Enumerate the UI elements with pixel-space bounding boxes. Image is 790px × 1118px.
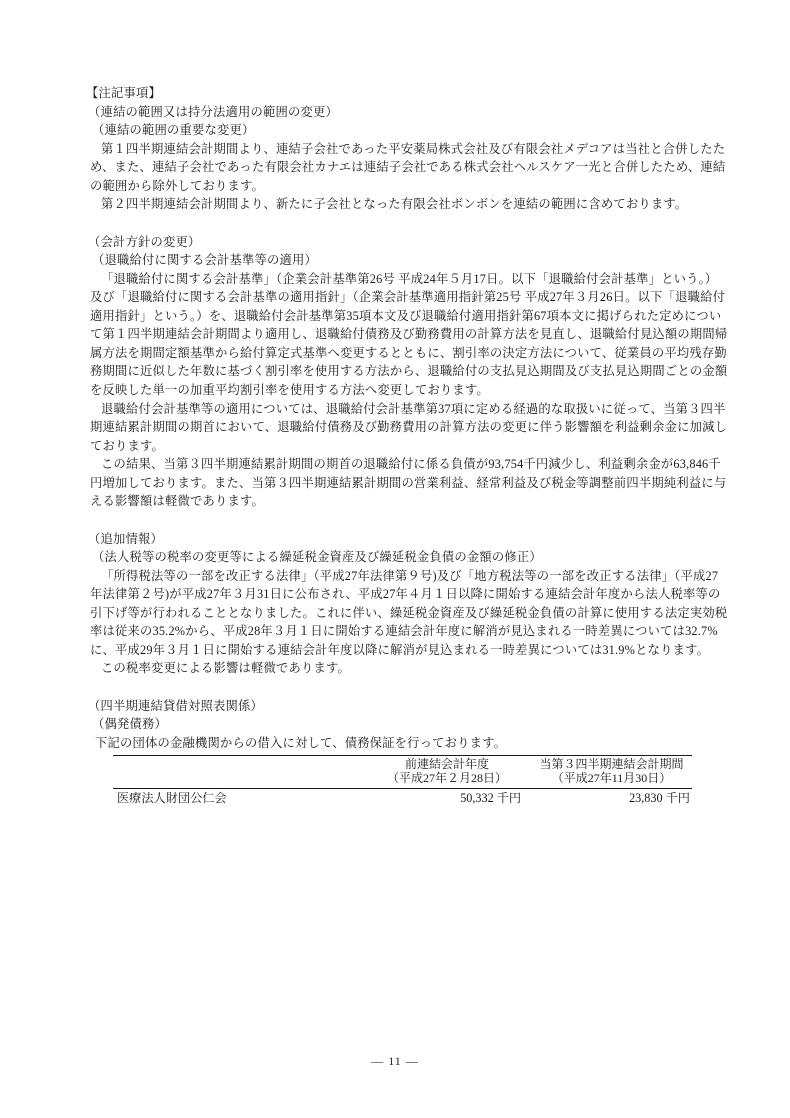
text-line: 下記の団体の金融機関からの借入に対して、債務保証を行っております。: [95, 734, 746, 753]
row-entity-name: 医療法人財団公仁会: [113, 789, 365, 809]
header-cell-current-q3-period: 当第３四半期連結会計期間 （平成27年11月30日）: [531, 758, 692, 785]
text-line: の範囲から除外しております。: [90, 177, 746, 196]
table-row: 医療法人財団公仁会 50,332 千円 23,830 千円: [113, 789, 692, 809]
text-line: える影響額は軽微であります。: [90, 492, 746, 511]
text-line: 属方法を期間定額基準から給付算定式基準へ変更するとともに、割引率の決定方法につい…: [90, 344, 746, 363]
text-line: 退職給付会計基準等の適用については、退職給付会計基準第37項に定める経過的な取扱…: [101, 400, 746, 419]
text-line: （追加情報）: [88, 530, 746, 549]
text-line: （会計方針の変更）: [88, 233, 746, 252]
text-line: （連結の範囲の重要な変更）: [92, 121, 746, 140]
text-line: て第１四半期連結会計期間より適用し、退職給付債務及び勤務費用の計算方法を見直し、…: [90, 325, 746, 344]
row-current-amount: 23,830 千円: [532, 789, 692, 809]
text-line: （偶発債務）: [92, 715, 746, 734]
text-line: 期連結累計期間の期首において、退職給付債務及び勤務費用の計算方法の変更に伴う影響…: [90, 418, 746, 437]
text-line: め、また、連結子会社であった有限会社カナエは連結子会社である株式会社ヘルスケア一…: [90, 158, 746, 177]
text-line: 第１四半期連結会計期間より、連結子会社であった平安薬局株式会社及び有限会社メデコ…: [101, 140, 746, 159]
text-line: 及び「退職給付に関する会計基準の適用指針」（企業会計基準適用指針第25号 平成2…: [90, 288, 746, 307]
text-line: 第２四半期連結会計期間より、新たに子会社となった有限会社ボンボンを連結の範囲に含…: [101, 195, 746, 214]
document-lines: 【注記事項】（連結の範囲又は持分法適用の範囲の変更）（連結の範囲の重要な変更）第…: [86, 84, 746, 752]
text-line: 【注記事項】: [86, 84, 746, 103]
notes-section: 【注記事項】（連結の範囲又は持分法適用の範囲の変更）（連結の範囲の重要な変更）第…: [86, 84, 746, 809]
text-line: （退職給付に関する会計基準等の適用）: [92, 251, 746, 270]
blank-line: [86, 214, 746, 233]
text-line: この結果、当第３四半期連結累計期間の期首の退職給付に係る負債が93,754千円減…: [101, 455, 746, 474]
header-cell-empty: [113, 758, 363, 785]
text-line: （法人税等の税率の変更等による繰延税金資産及び繰延税金負債の金額の修正）: [92, 548, 746, 567]
text-line: 引下げ等が行われることとなりました。これに伴い、繰延税金資産及び繰延税金負債の計…: [90, 604, 746, 623]
text-line: 適用指針」という。）を、退職給付会計基準第35項本文及び退職給付適用指針第67項…: [90, 307, 746, 326]
blank-line: [86, 678, 746, 697]
text-line: （連結の範囲又は持分法適用の範囲の変更）: [88, 103, 746, 122]
guarantee-table: 前連結会計年度 （平成27年２月28日） 当第３四半期連結会計期間 （平成27年…: [113, 755, 692, 809]
table-header-row: 前連結会計年度 （平成27年２月28日） 当第３四半期連結会計期間 （平成27年…: [113, 756, 692, 789]
text-line: 「所得税法等の一部を改正する法律」（平成27年法律第９号)及び「地方税法等の一部…: [101, 567, 746, 586]
header-current-line1: 当第３四半期連結会計期間: [531, 758, 692, 772]
page-number: ― 11 ―: [0, 1052, 790, 1070]
text-line: 務期間に近似した年数に基づく割引率を使用する方法から、退職給付の支払見込期間及び…: [90, 362, 746, 381]
row-previous-amount: 50,332 千円: [365, 789, 532, 809]
document-page: { "page": { "footer_text": "― 11 ―" }, "…: [0, 0, 790, 1118]
text-line: 円増加しております。また、当第３四半期連結累計期間の営業利益、経常利益及び税金等…: [90, 474, 746, 493]
text-line: この税率変更による影響は軽微であります。: [101, 659, 746, 678]
text-line: 率は従来の35.2%から、平成28年３月１日に開始する連結会計年度に解消が見込ま…: [90, 622, 746, 641]
header-cell-previous-fiscal-year: 前連結会計年度 （平成27年２月28日）: [363, 758, 531, 785]
text-line: 年法律第２号)が平成27年３月31日に公布され、平成27年４月１日以降に開始する…: [90, 585, 746, 604]
header-previous-line2: （平成27年２月28日）: [363, 772, 531, 786]
text-line: を反映した単一の加重平均割引率を使用する方法へ変更しております。: [90, 381, 746, 400]
header-previous-line1: 前連結会計年度: [363, 758, 531, 772]
text-line: （四半期連結貸借対照表関係）: [88, 697, 746, 716]
text-line: 「退職給付に関する会計基準」（企業会計基準第26号 平成24年５月17日。以下「…: [101, 270, 746, 289]
text-line: ております。: [90, 437, 746, 456]
header-current-line2: （平成27年11月30日）: [531, 772, 692, 786]
text-line: に、平成29年３月１日に開始する連結会計年度以降に解消が見込まれる一時差異につい…: [90, 641, 746, 660]
blank-line: [86, 511, 746, 530]
